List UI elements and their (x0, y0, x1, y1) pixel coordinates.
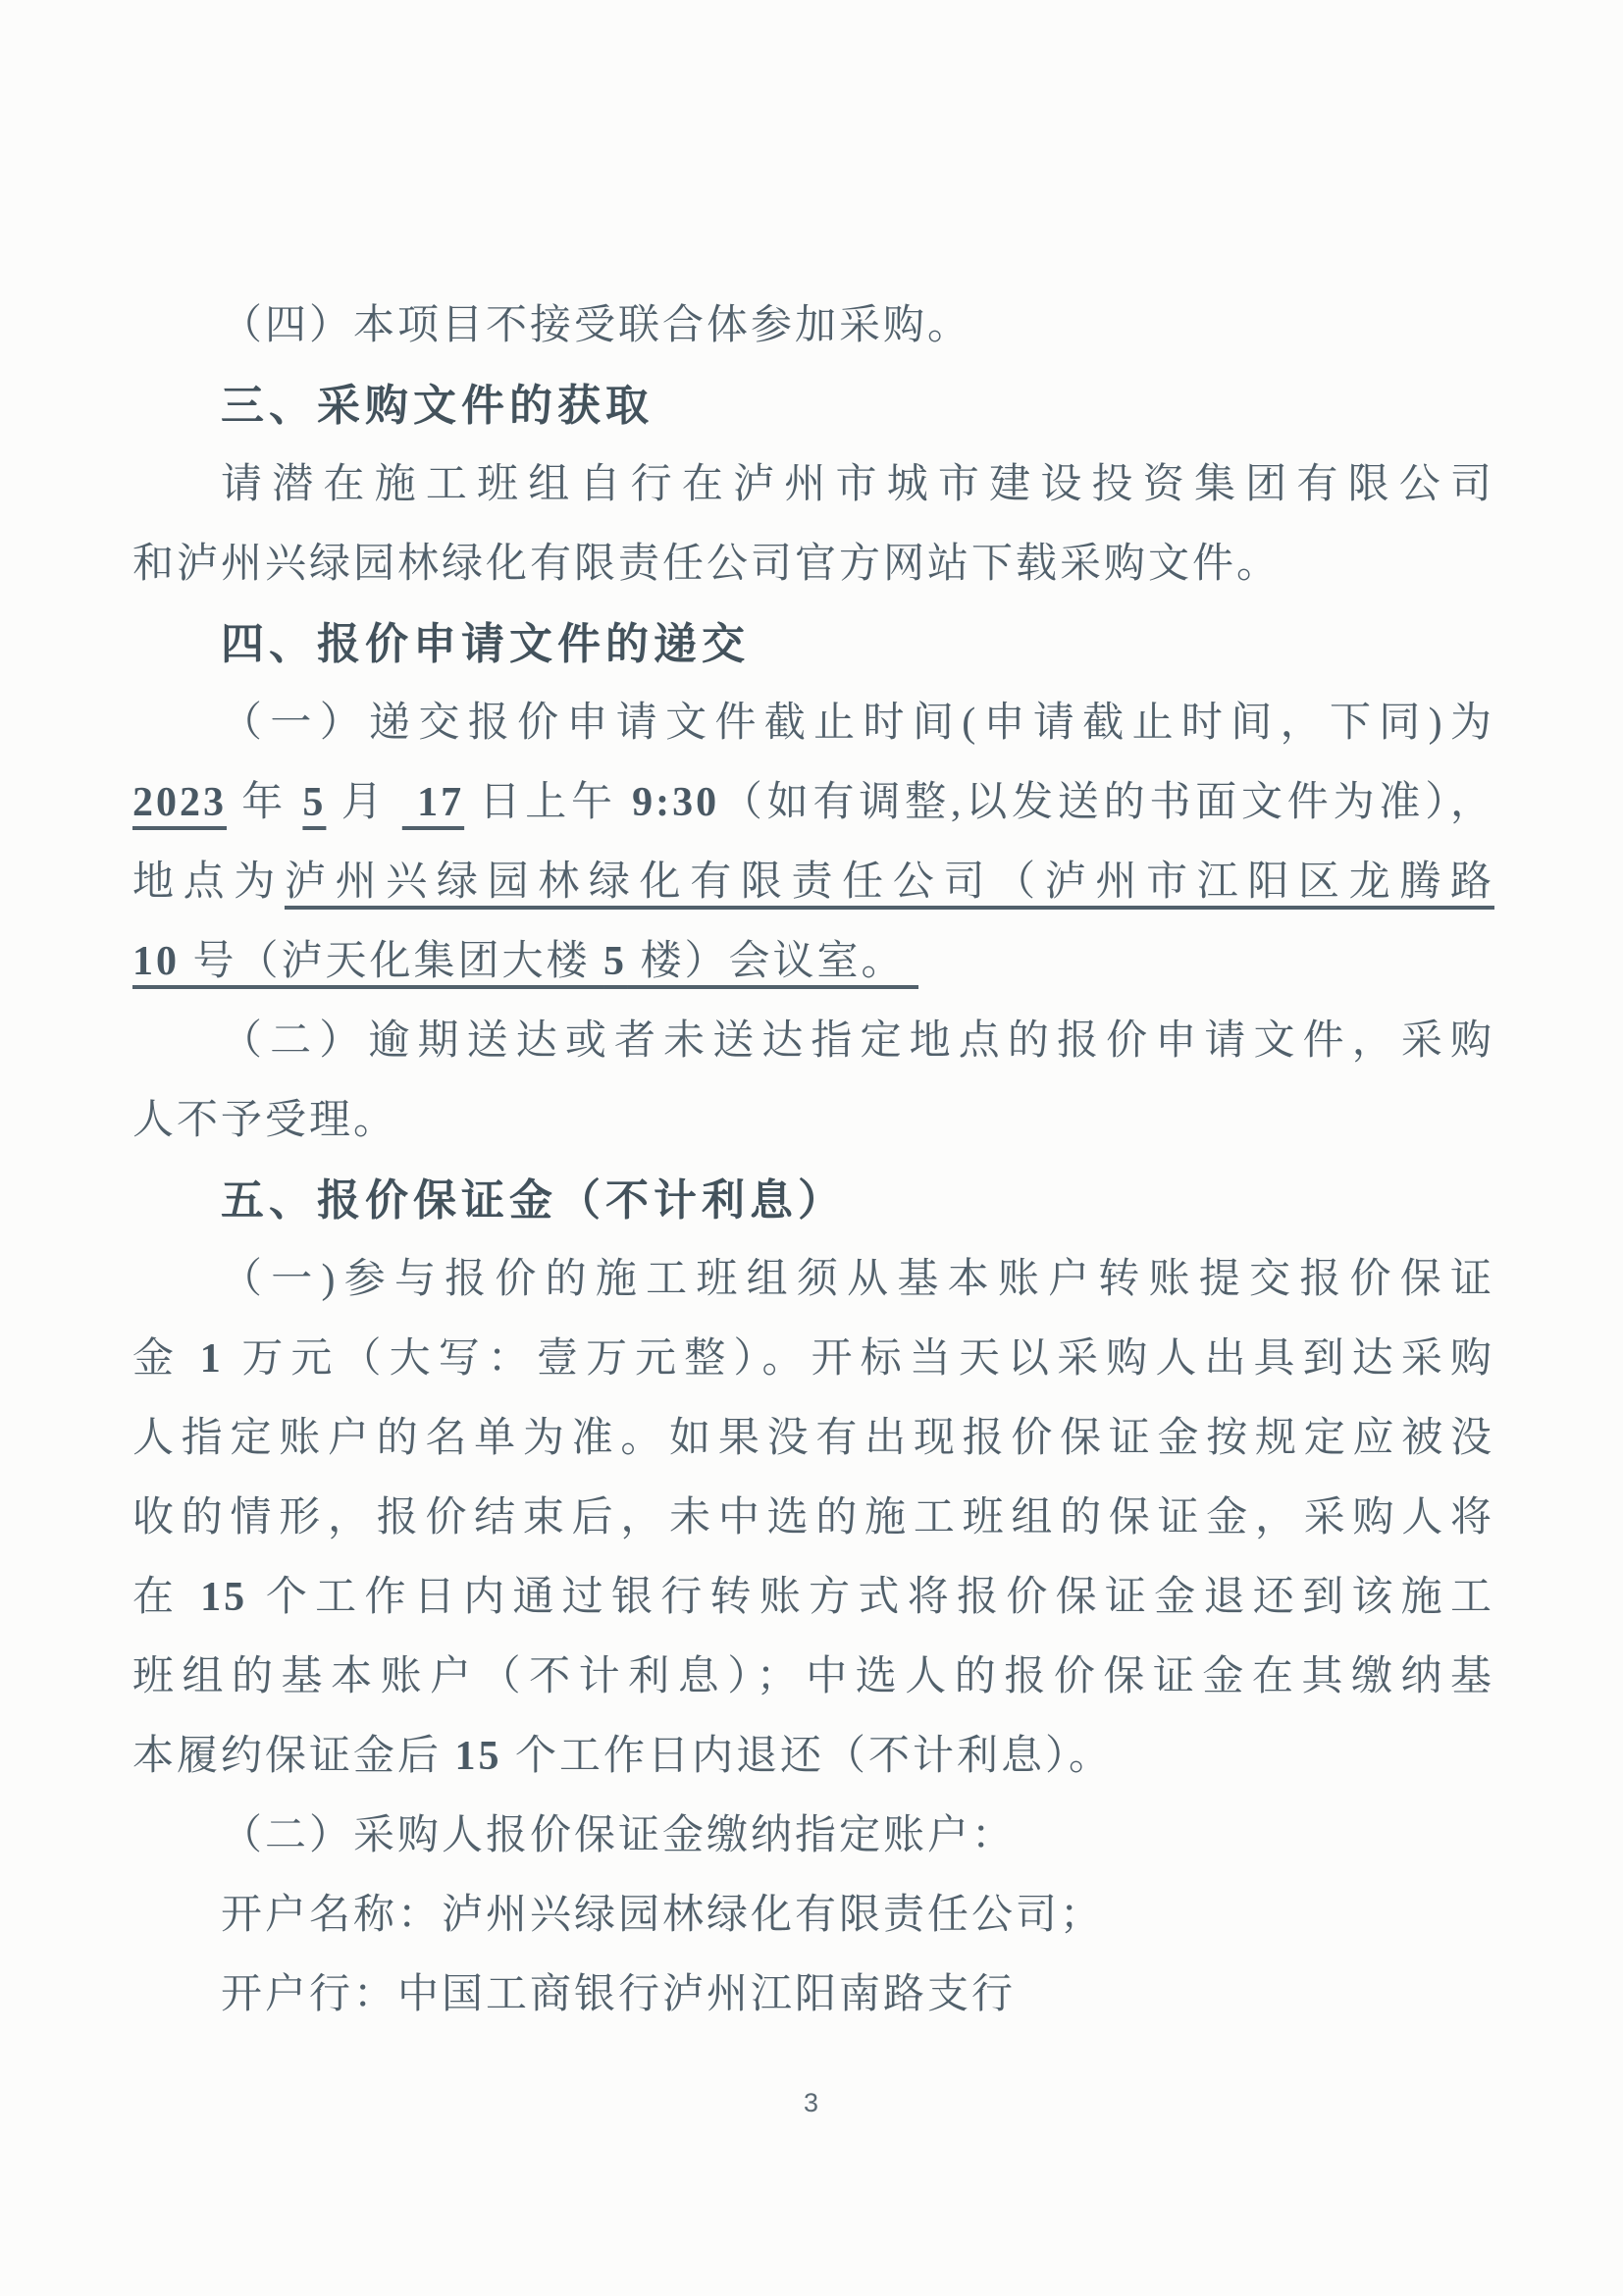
text-line: 班组的基本账户（不计利息）；中选人的报价保证金在其缴纳基 (132, 1638, 1494, 1717)
text-line: 开户名称：泸州兴绿园林绿化有限责任公司； (132, 1876, 1494, 1956)
text-line: （一）递交报价申请文件截止时间(申请截止时间，下同)为 (132, 684, 1494, 763)
underlined-text-segment: 号（泸天化集团大楼 (180, 939, 603, 984)
text-segment: 人不予受理。 (132, 1098, 397, 1143)
text-segment: （一）递交报价申请文件截止时间(申请截止时间，下同)为 (221, 701, 1494, 746)
text-segment: 五、报价保证金（不计利息） (221, 1176, 846, 1225)
section-heading: 三、采购文件的获取 (132, 366, 1494, 445)
text-line: 本履约保证金后 15 个工作日内退还（不计利息）。 (132, 1717, 1494, 1797)
text-segment: （二）逾期送达或者未送达指定地点的报价申请文件，采购 (221, 1018, 1494, 1064)
text-line: 在 15 个工作日内通过银行转账方式将报价保证金退还到该施工 (132, 1558, 1494, 1638)
text-line: 人不予受理。 (132, 1081, 1494, 1161)
text-line: 开户行：中国工商银行泸州江阳南路支行 (132, 1956, 1494, 2035)
text-segment: 收的情形，报价结束后，未中选的施工班组的保证金，采购人将 (132, 1495, 1494, 1540)
underlined-text-segment: 2023 (132, 780, 227, 825)
text-segment: （二）采购人报价保证金缴纳指定账户： (221, 1813, 1016, 1858)
text-segment: 万元（大写：壹万元整）。开标当天以采购人出具到达采购 (224, 1336, 1494, 1382)
text-line: （二）采购人报价保证金缴纳指定账户： (132, 1797, 1494, 1876)
text-segment: 年 (227, 780, 302, 825)
text-segment: （如有调整,以发送的书面文件为准）， (719, 780, 1494, 825)
document-page: （四）本项目不接受联合体参加采购。三、采购文件的获取请潜在施工班组自行在泸州市城… (0, 0, 1623, 2296)
underlined-text-segment: 5 (603, 939, 627, 984)
text-line: 10 号（泸天化集团大楼 5 楼）会议室。 (132, 922, 1494, 1002)
text-segment: 15 (200, 1575, 247, 1620)
underlined-text-segment: 10 (132, 939, 180, 984)
text-segment: 开户行：中国工商银行泸州江阳南路支行 (221, 1972, 1016, 2017)
underlined-text-segment: 5 (302, 780, 326, 825)
text-segment: 日上午 (464, 780, 632, 825)
text-segment: 和泸州兴绿园林绿化有限责任公司官方网站下载采购文件。 (132, 542, 1281, 587)
text-line: 地点为泸州兴绿园林绿化有限责任公司（泸州市江阳区龙腾路 (132, 843, 1494, 922)
text-segment: 在 (132, 1575, 200, 1620)
section-heading: 四、报价申请文件的递交 (132, 604, 1494, 684)
text-segment: 金 (132, 1336, 200, 1382)
text-segment: 请潜在施工班组自行在泸州市城市建设投资集团有限公司 (221, 462, 1494, 507)
text-segment: 四、报价申请文件的递交 (221, 620, 750, 668)
text-line: 和泸州兴绿园林绿化有限责任公司官方网站下载采购文件。 (132, 525, 1494, 604)
text-segment: 15 (455, 1734, 502, 1779)
text-segment: 个工作日内通过银行转账方式将报价保证金退还到该施工 (247, 1575, 1494, 1620)
text-segment: 9:30 (632, 780, 719, 825)
underlined-text-segment: 楼）会议室。 (627, 939, 918, 984)
text-line: 收的情形，报价结束后，未中选的施工班组的保证金，采购人将 (132, 1479, 1494, 1558)
text-segment: （一)参与报价的施工班组须从基本账户转账提交报价保证 (221, 1257, 1494, 1302)
text-line: （二）逾期送达或者未送达指定地点的报价申请文件，采购 (132, 1002, 1494, 1081)
text-segment: 开户名称：泸州兴绿园林绿化有限责任公司； (221, 1893, 1104, 1938)
text-line: 请潜在施工班组自行在泸州市城市建设投资集团有限公司 (132, 445, 1494, 525)
document-body: （四）本项目不接受联合体参加采购。三、采购文件的获取请潜在施工班组自行在泸州市城… (132, 287, 1494, 2035)
section-heading: 五、报价保证金（不计利息） (132, 1161, 1494, 1240)
page-number: 3 (0, 2088, 1623, 2118)
text-line: 人指定账户的名单为准。如果没有出现报价保证金按规定应被没 (132, 1399, 1494, 1479)
text-segment: 三、采购文件的获取 (221, 382, 654, 430)
text-segment: 1 (200, 1336, 224, 1382)
underlined-text-segment: 17 (402, 780, 464, 825)
text-segment: 个工作日内退还（不计利息）。 (502, 1734, 1114, 1779)
text-segment: （四）本项目不接受联合体参加采购。 (221, 303, 971, 348)
text-line: （四）本项目不接受联合体参加采购。 (132, 287, 1494, 366)
text-segment: 班组的基本账户（不计利息）；中选人的报价保证金在其缴纳基 (132, 1654, 1494, 1699)
text-segment: 本履约保证金后 (132, 1734, 455, 1779)
text-line: 金 1 万元（大写：壹万元整）。开标当天以采购人出具到达采购 (132, 1320, 1494, 1399)
underlined-text-segment: 泸州兴绿园林绿化有限责任公司（泸州市江阳区龙腾路 (285, 860, 1494, 905)
text-segment: 地点为 (132, 860, 285, 905)
text-line: 2023 年 5 月 17 日上午 9:30（如有调整,以发送的书面文件为准）， (132, 763, 1494, 843)
text-segment: 月 (326, 780, 401, 825)
text-segment: 人指定账户的名单为准。如果没有出现报价保证金按规定应被没 (132, 1416, 1494, 1461)
text-line: （一)参与报价的施工班组须从基本账户转账提交报价保证 (132, 1240, 1494, 1320)
